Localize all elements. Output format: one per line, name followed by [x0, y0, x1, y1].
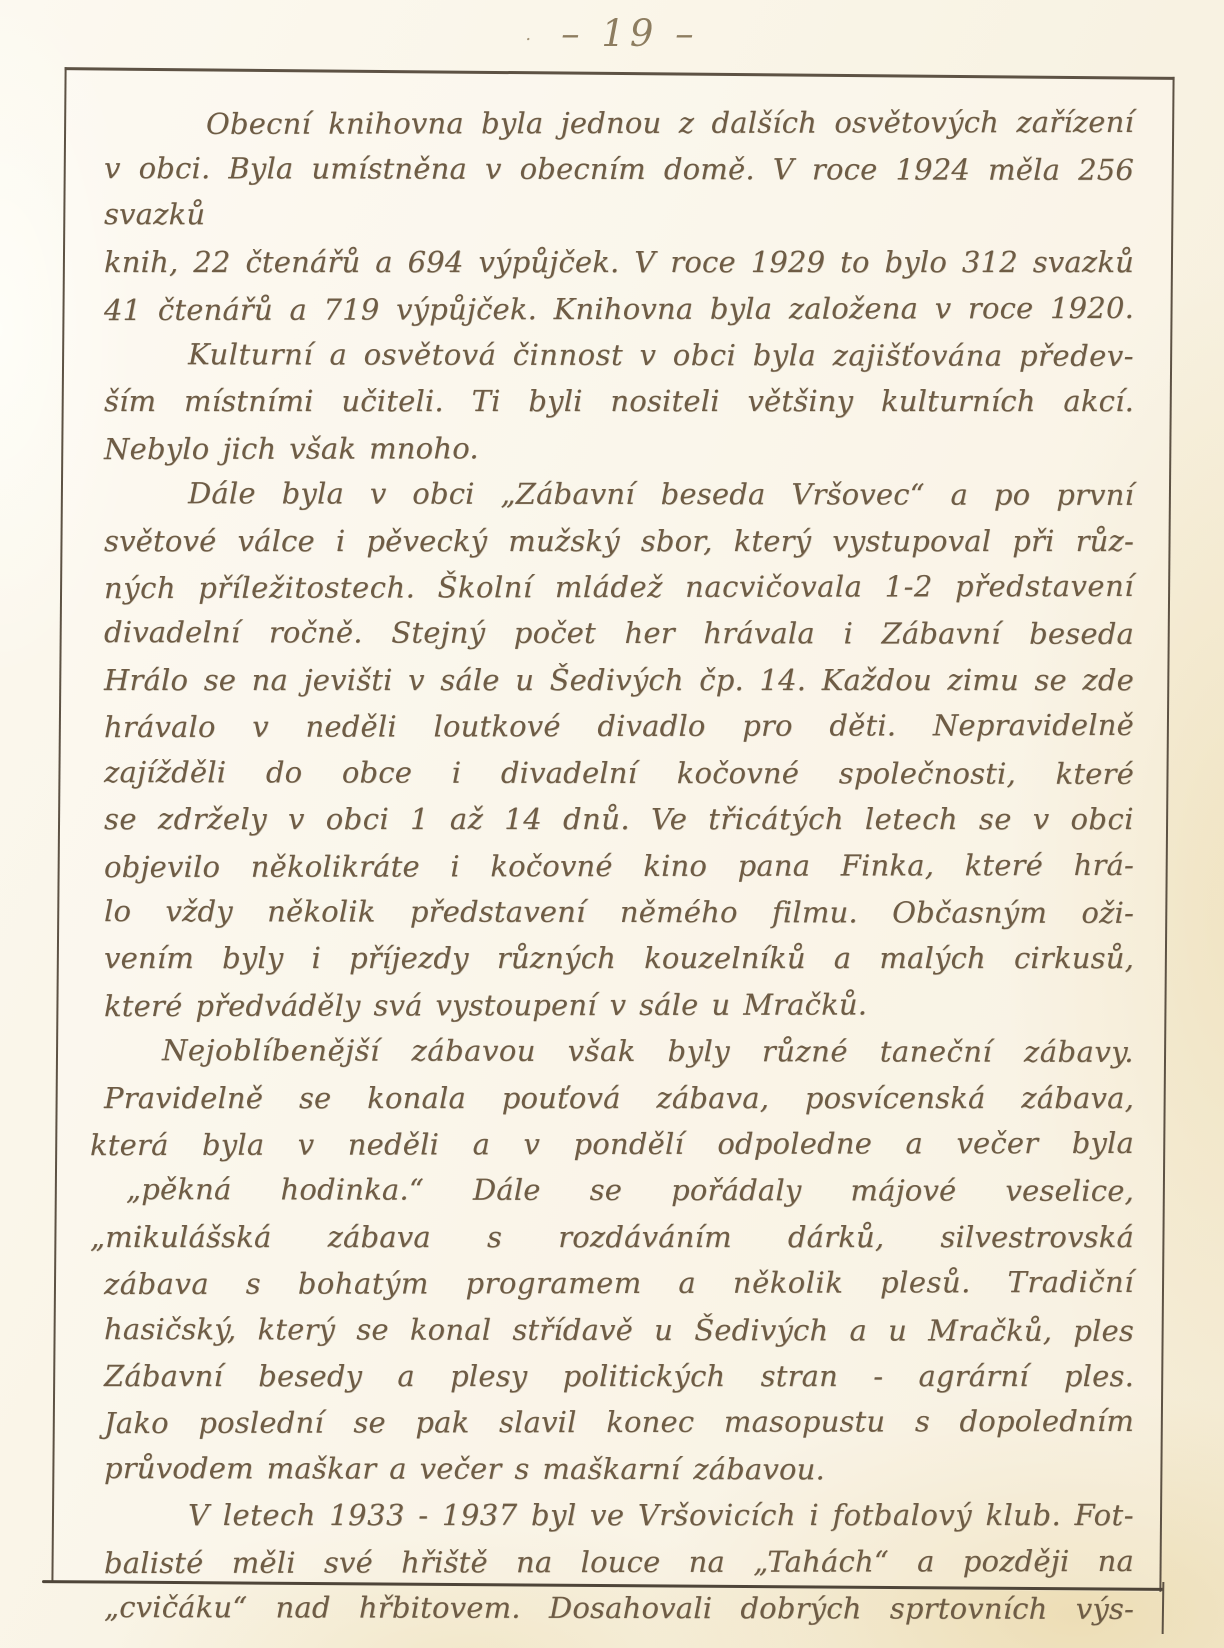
- manuscript-line: v obci. Byla umístněna v obecním domě. V…: [104, 146, 1134, 241]
- page-number-dot: .: [525, 24, 531, 45]
- manuscript-line: balisté měli své hřiště na louce na „Tah…: [104, 1538, 1134, 1587]
- manuscript-line: hrávalo v neděli loutkové divadlo pro dě…: [104, 702, 1134, 751]
- scanned-manuscript-page: .– 19 – Obecní knihovna byla jednou z da…: [0, 0, 1224, 1648]
- manuscript-line: světové válce i pěvecký mužský sbor, kte…: [104, 518, 1134, 564]
- manuscript-line: hasičský, který se konal střídavě u Šedi…: [104, 1306, 1134, 1354]
- manuscript-line: „mikulášská zábava s rozdáváním dárků, s…: [104, 1214, 1134, 1260]
- manuscript-line: Zábavní besedy a plesy politických stran…: [104, 1353, 1134, 1399]
- manuscript-line: ných příležitostech. Školní mládež nacvi…: [104, 563, 1134, 612]
- manuscript-line: 41 čtenářů a 719 výpůjček. Knihovna byla…: [104, 285, 1134, 334]
- manuscript-line: Kulturní a osvětová činnost v obci byla …: [104, 331, 1134, 379]
- manuscript-line: Dále byla v obci „Zábavní beseda Vršovec…: [104, 470, 1134, 518]
- manuscript-line: vením byly i příjezdy různých kouzelníků…: [104, 935, 1134, 981]
- manuscript-line: zábava s bohatým programem a několik ple…: [104, 1259, 1134, 1308]
- manuscript-line: V letech 1933 - 1937 byl ve Vršovicích i…: [104, 1492, 1134, 1538]
- manuscript-line: zajížděli do obce i divadelní kočovné sp…: [104, 749, 1134, 797]
- manuscript-text: Obecní knihovna byla jednou z dalších os…: [104, 100, 1134, 1631]
- manuscript-line: Nejoblíbenější zábavou však byly různé t…: [104, 1027, 1134, 1075]
- manuscript-line: „cvičáku“ nad hřbitovem. Dosahovali dobr…: [104, 1584, 1134, 1632]
- manuscript-line: ším místními učiteli. Ti byli nositeli v…: [104, 378, 1134, 424]
- manuscript-line: Nebylo jich však mnoho.: [104, 424, 1134, 473]
- manuscript-line: lo vždy několik představení němého filmu…: [104, 888, 1134, 936]
- manuscript-line: průvodem maškar a večer s maškarní zábav…: [104, 1445, 1134, 1493]
- manuscript-line: Hrálo se na jevišti v sále u Šedivých čp…: [104, 657, 1134, 703]
- manuscript-line: která byla v neděli a v pondělí odpoledn…: [104, 1120, 1134, 1169]
- manuscript-line: divadelní ročně. Stejný počet her hrával…: [104, 610, 1134, 658]
- page-number: .– 19 –: [0, 12, 1224, 55]
- page-number-label: – 19 –: [561, 12, 699, 55]
- manuscript-line: objevilo několikráte i kočovné kino pana…: [104, 841, 1134, 890]
- manuscript-line: knih, 22 čtenářů a 694 výpůjček. V roce …: [104, 239, 1134, 285]
- manuscript-line: se zdržely v obci 1 až 14 dnů. Ve třicát…: [104, 796, 1134, 842]
- manuscript-line: které předváděly svá vystoupení v sále u…: [104, 981, 1134, 1030]
- frame-right-border-tail: [1162, 1582, 1165, 1634]
- manuscript-line: Obecní knihovna byla jednou z dalších os…: [104, 99, 1134, 148]
- manuscript-line: Jako poslední se pak slavil konec masopu…: [104, 1398, 1134, 1447]
- manuscript-line: „pěkná hodinka.“ Dále se pořádaly májové…: [104, 1166, 1134, 1214]
- manuscript-line: Pravidelně se konala pouťová zábava, pos…: [104, 1075, 1134, 1121]
